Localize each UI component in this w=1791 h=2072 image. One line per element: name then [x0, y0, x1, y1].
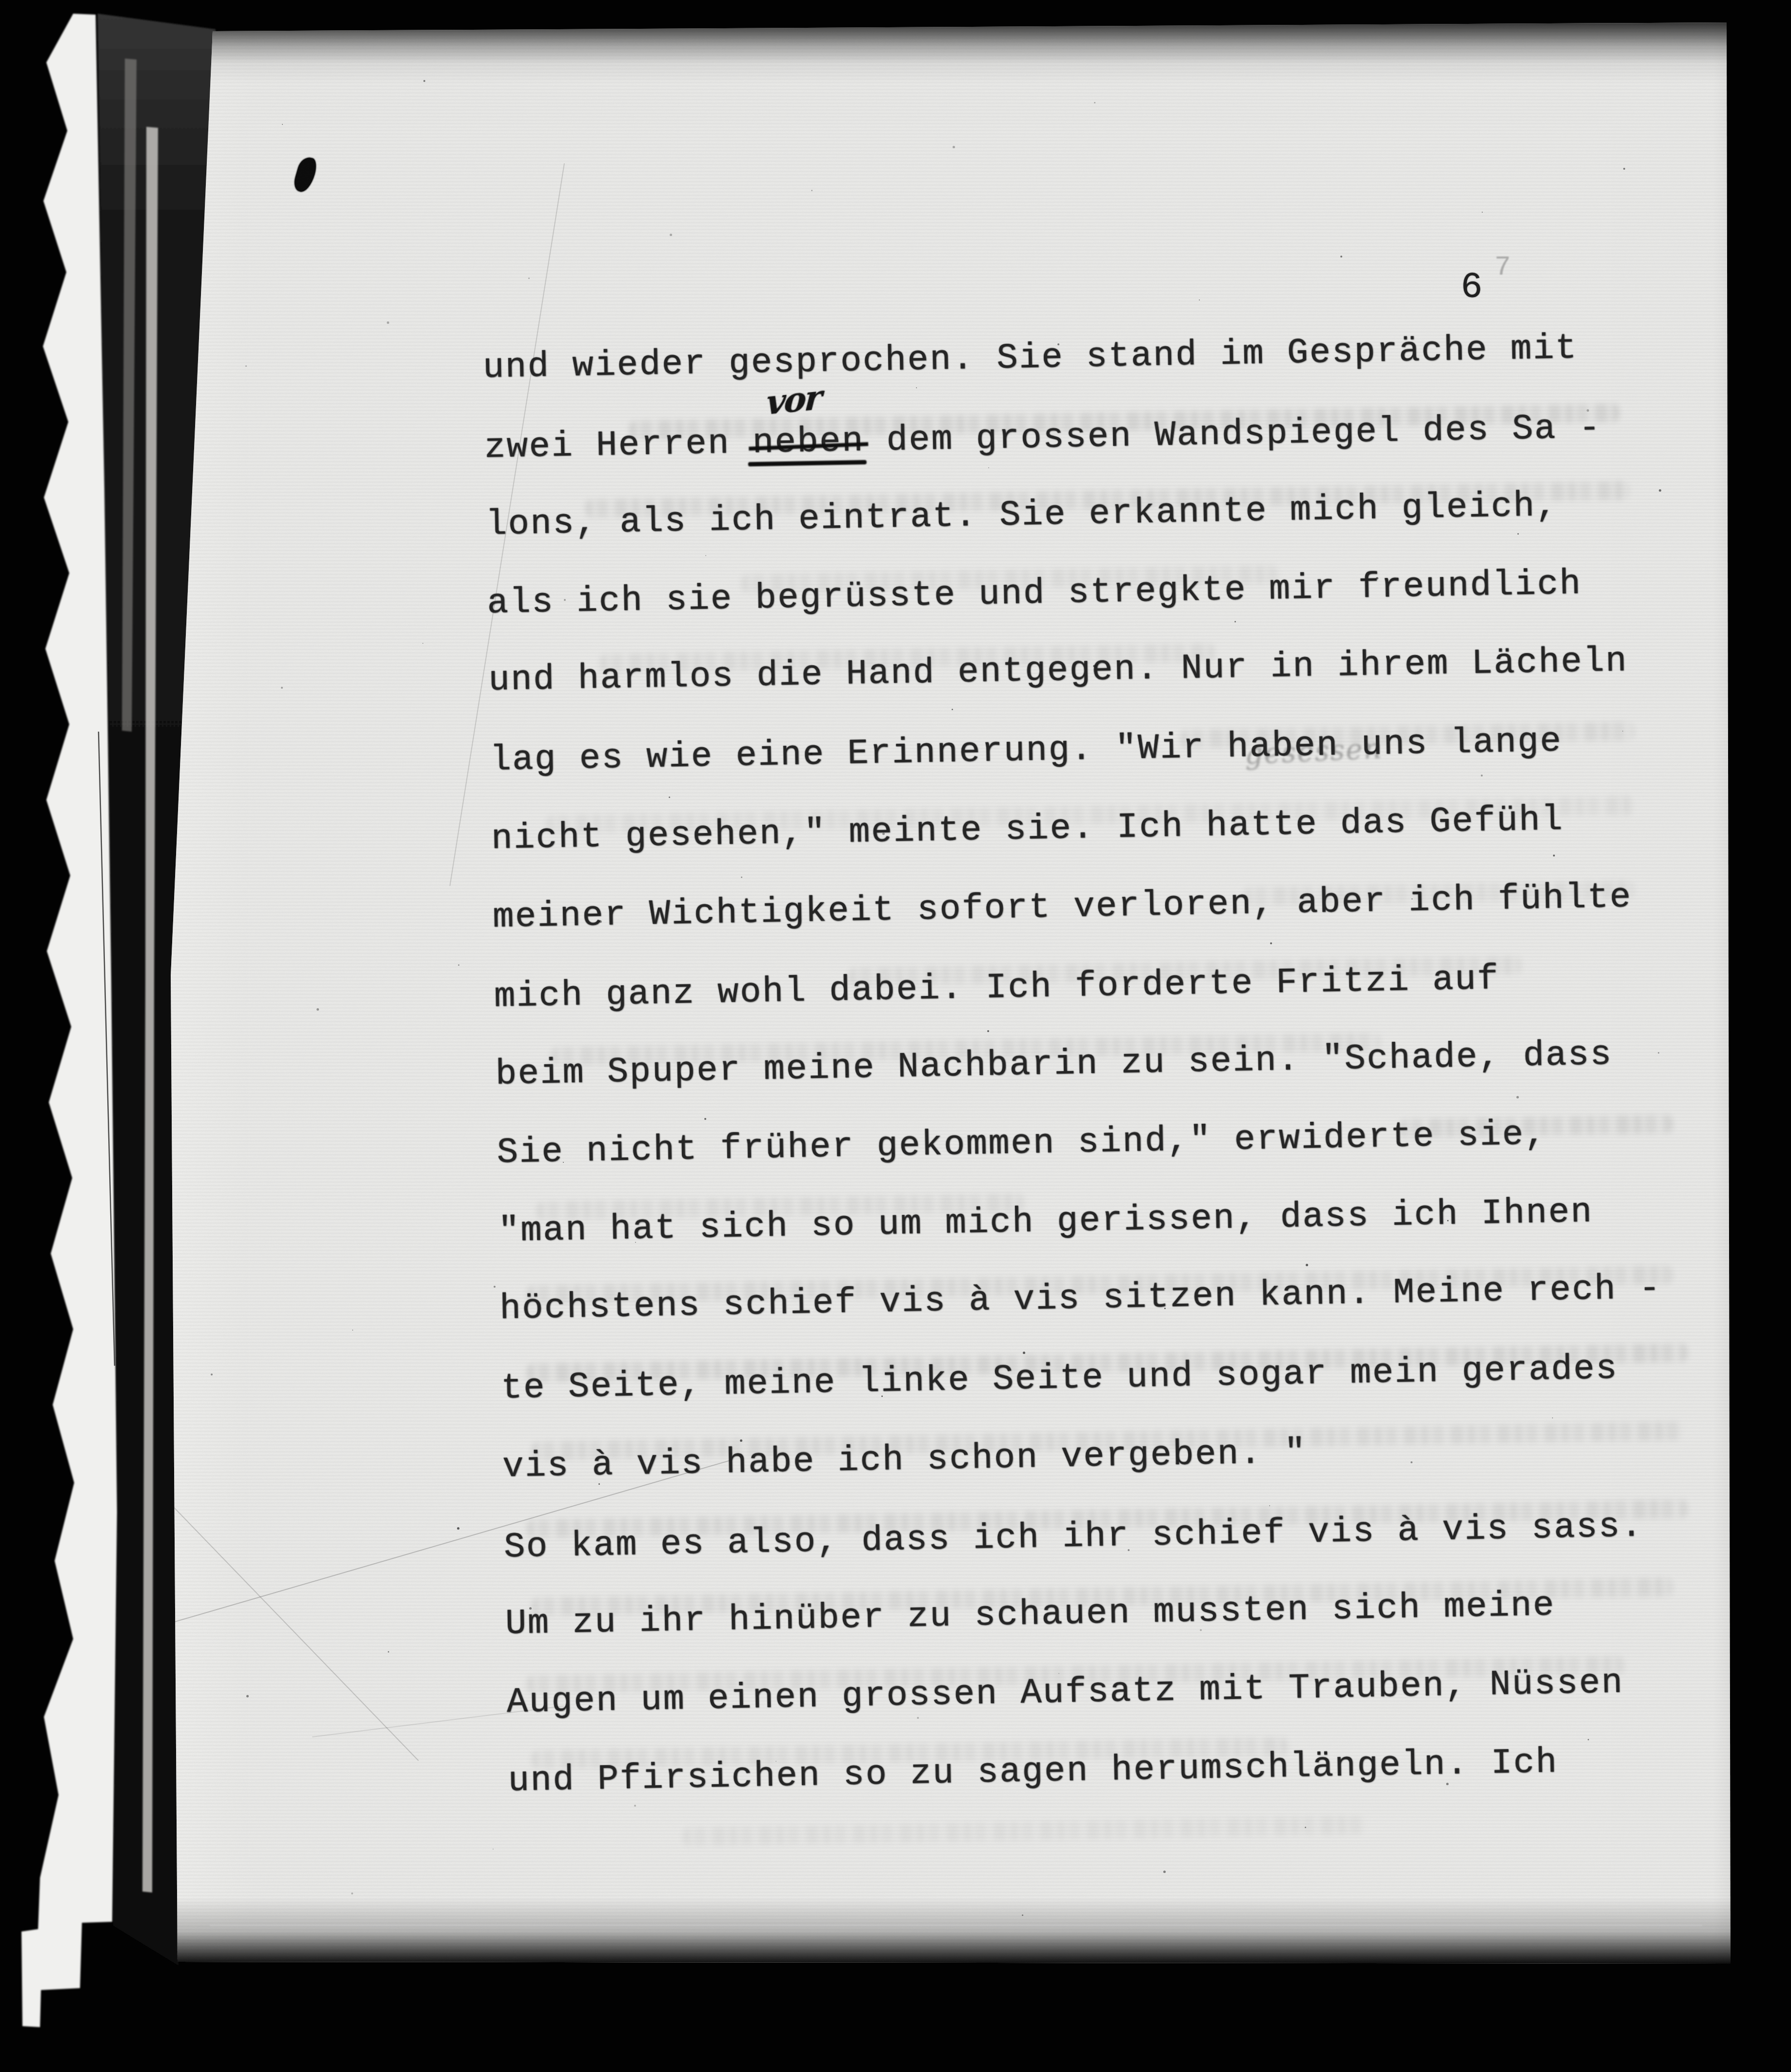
scanned-typescript-page: gesessen 6 7 und wieder gesprochen. Sie … — [0, 0, 1791, 2072]
page-paper: gesessen 6 7 und wieder gesprochen. Sie … — [0, 0, 1791, 2072]
film-grain-overlay — [0, 0, 1791, 2072]
